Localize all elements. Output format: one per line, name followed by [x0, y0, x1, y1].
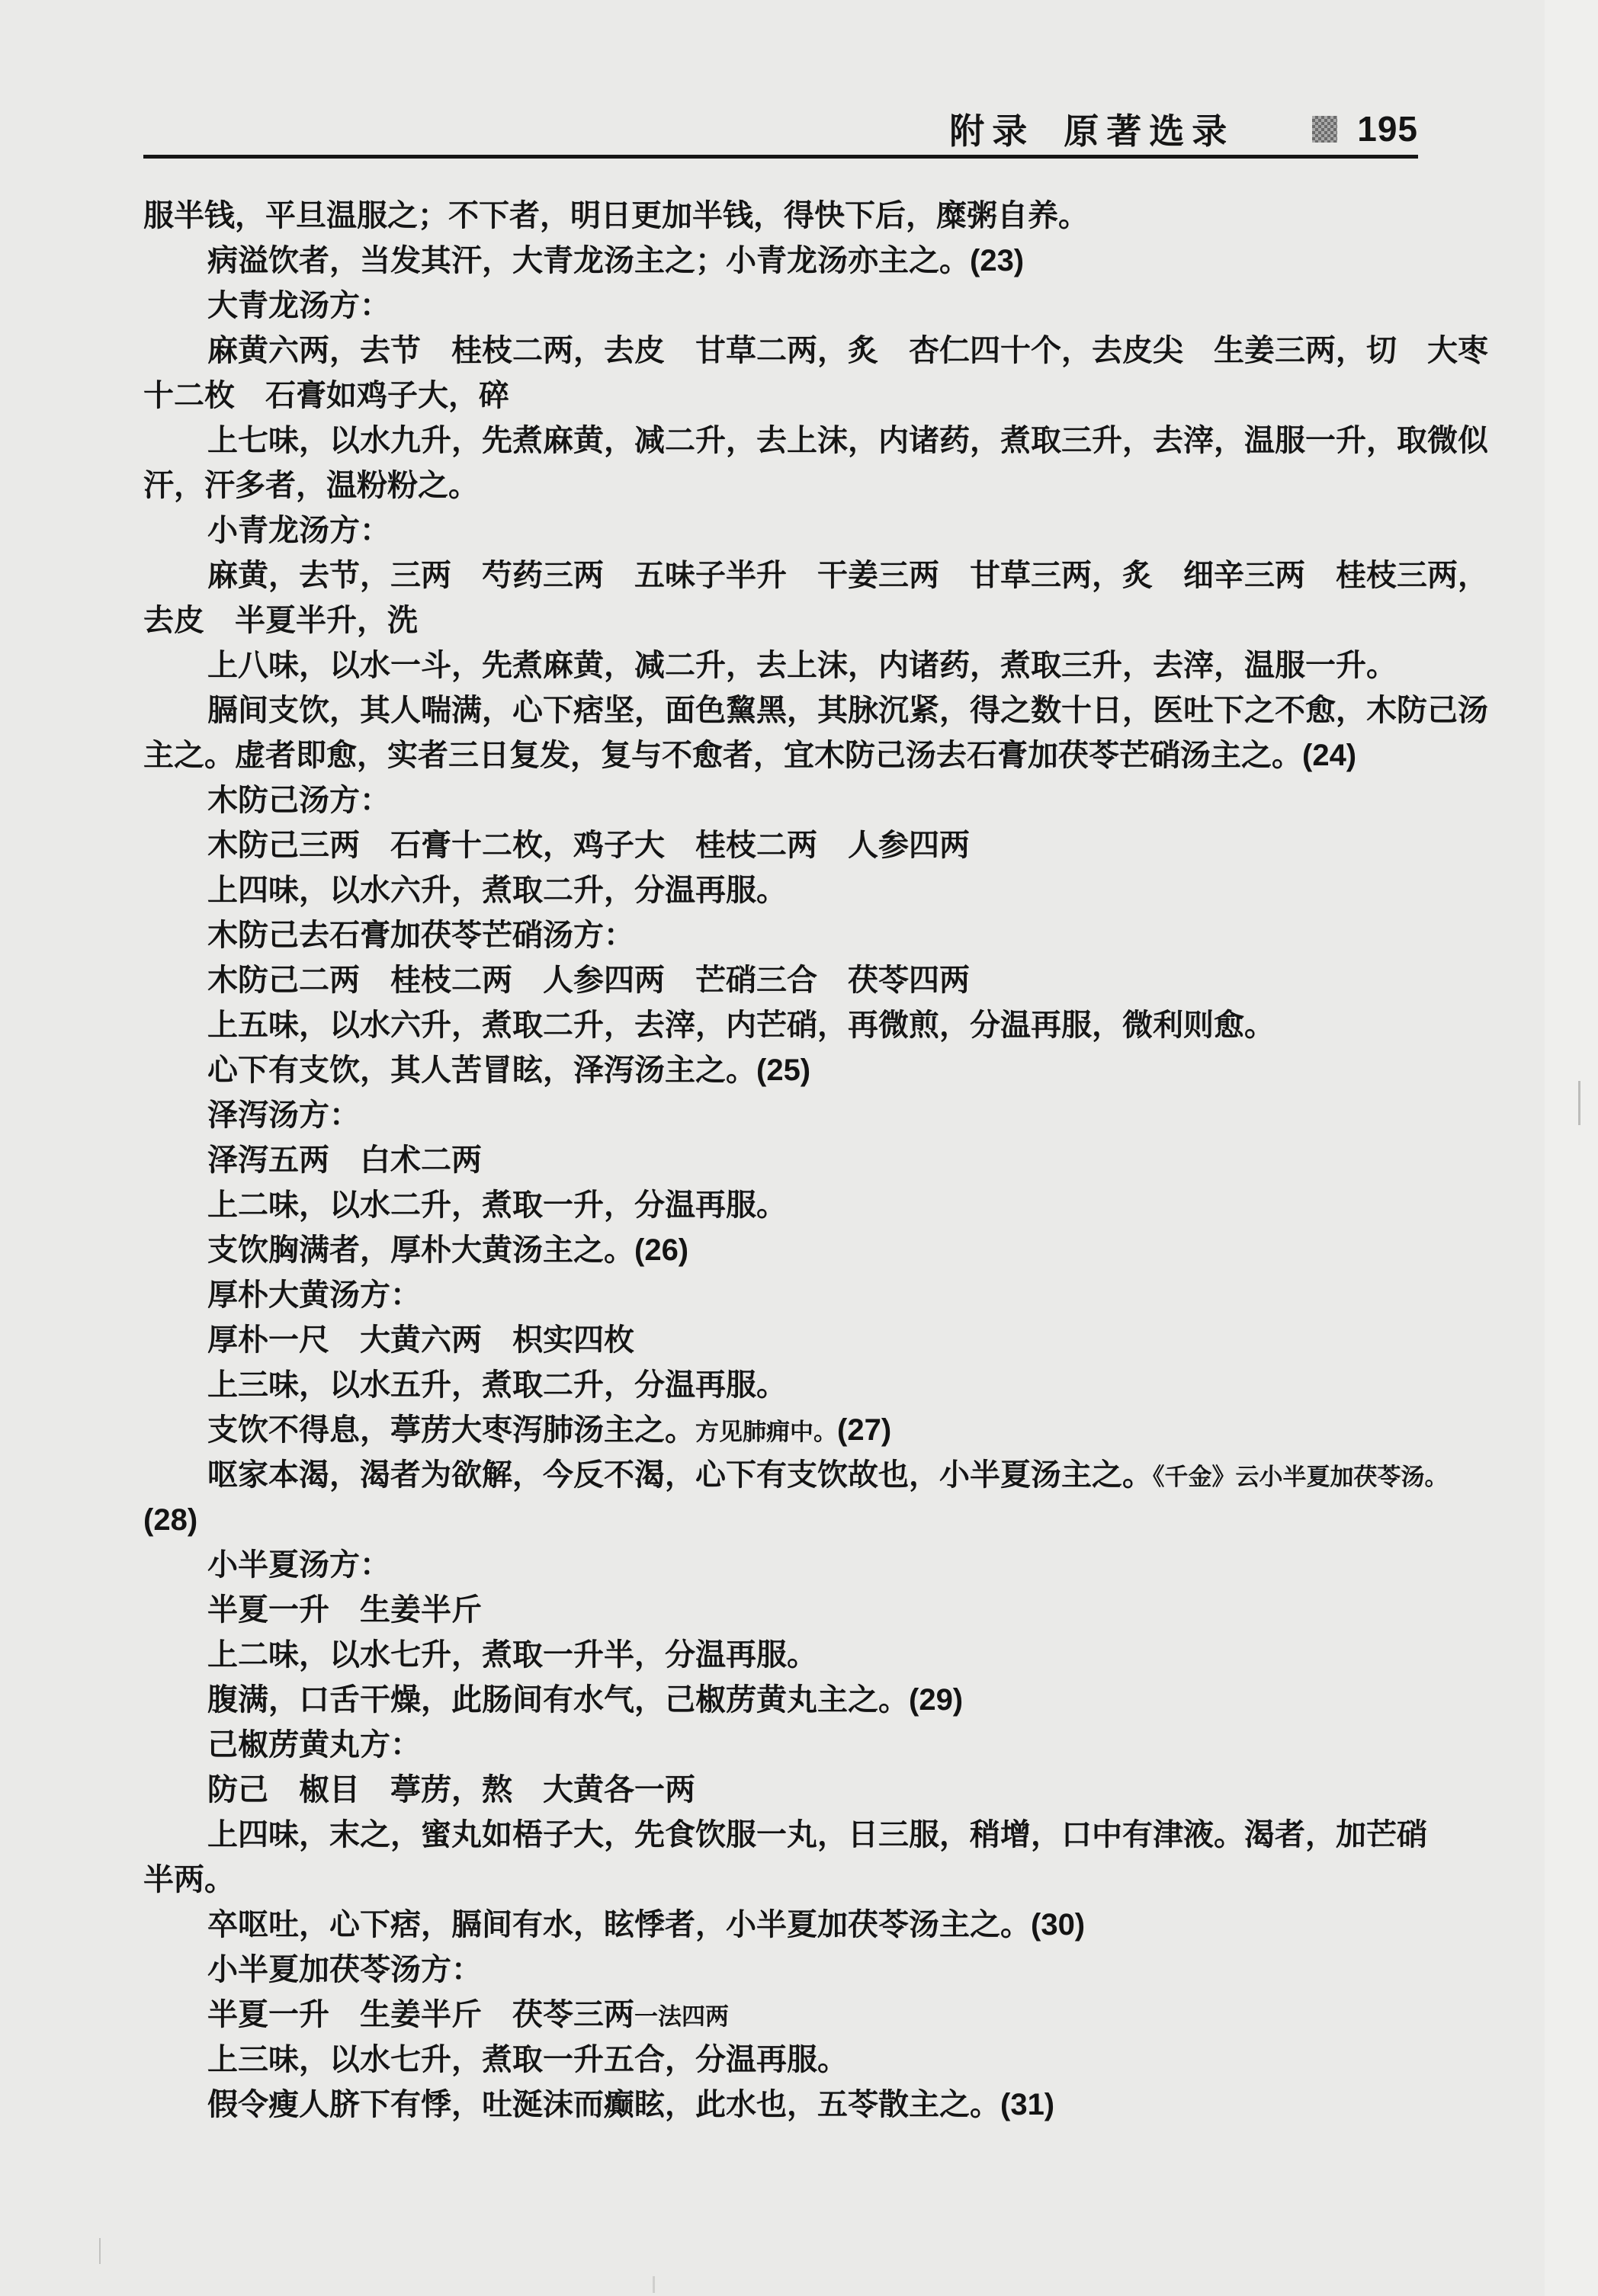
line-text: 大青龙汤方： [207, 289, 390, 322]
line-text: 木防己去石膏加茯苓芒硝汤方： [207, 919, 634, 952]
line-text: 厚朴大黄汤方： [207, 1278, 421, 1312]
line-text: 防己 椒目 葶苈，熬 大黄各一两 [207, 1773, 695, 1807]
text-line: 麻黄六两，去节 桂枝二两，去皮 甘草二两，炙 杏仁四十个，去皮尖 生姜三两，切 … [143, 329, 1452, 374]
text-line: 泽泻五两 白术二两 [143, 1138, 1452, 1183]
text-line: 上七味，以水九升，先煮麻黄，减二升，去上沫，内诸药，煮取三升，去滓，温服一升，取… [143, 418, 1452, 463]
line-text: 主之。虚者即愈，实者三日复发，复与不愈者，宜木防己汤去石膏加茯苓芒硝汤主之。(2… [143, 739, 1356, 772]
line-text: 半两。 [143, 1863, 235, 1897]
line-text: (28) [143, 1503, 197, 1537]
line-annotation-small: 方见肺痈中。 [695, 1419, 837, 1445]
text-line: 半夏一升 生姜半斤 [143, 1588, 1452, 1633]
text-line: 上二味，以水七升，煮取一升半，分温再服。 [143, 1633, 1452, 1678]
text-line: 去皮 半夏半升，洗 [143, 598, 1452, 643]
text-line: (28) [143, 1498, 1452, 1543]
line-text: 泽泻五两 白术二两 [207, 1143, 482, 1177]
text-line: 十二枚 石膏如鸡子大，碎 [143, 374, 1452, 418]
line-text: 泽泻汤方： [207, 1098, 360, 1132]
line-text: 上二味，以水七升，煮取一升半，分温再服。 [207, 1638, 817, 1672]
text-line: 小半夏加茯苓汤方： [143, 1948, 1452, 1993]
line-text: 木防己三两 石膏十二枚，鸡子大 桂枝二两 人参四两 [207, 829, 970, 862]
text-line: 假令瘦人脐下有悸，吐涎沫而癫眩，此水也，五苓散主之。(31) [143, 2083, 1452, 2128]
body-text: 服半钱，平旦温服之；不下者，明日更加半钱，得快下后，糜粥自养。病溢饮者，当发其汗… [143, 194, 1452, 2128]
text-line: 木防己三两 石膏十二枚，鸡子大 桂枝二两 人参四两 [143, 823, 1452, 868]
text-line: 上四味，末之，蜜丸如梧子大，先食饮服一丸，日三服，稍增，口中有津液。渴者，加芒硝 [143, 1813, 1452, 1858]
line-text: 支饮不得息，葶苈大枣泻肺汤主之。 [207, 1413, 695, 1447]
line-text: 木防己二两 桂枝二两 人参四两 芒硝三合 茯苓四两 [207, 964, 970, 997]
text-line: 半夏一升 生姜半斤 茯苓三两一法四两 [143, 1993, 1452, 2038]
text-line: 厚朴一尺 大黄六两 枳实四枚 [143, 1318, 1452, 1363]
line-text: 支饮胸满者，厚朴大黄汤主之。(26) [207, 1233, 688, 1267]
text-line: 上四味，以水六升，煮取二升，分温再服。 [143, 868, 1452, 913]
text-line: 服半钱，平旦温服之；不下者，明日更加半钱，得快下后，糜粥自养。 [143, 194, 1452, 239]
line-text: 厚朴一尺 大黄六两 枳实四枚 [207, 1323, 634, 1357]
line-text: 膈间支饮，其人喘满，心下痞坚，面色黧黑，其脉沉紧，得之数十日，医吐下之不愈，木防… [207, 694, 1488, 727]
text-line: 己椒苈黄丸方： [143, 1723, 1452, 1768]
header-rule [143, 155, 1418, 159]
text-line: 半两。 [143, 1858, 1452, 1903]
line-text-tail: (27) [837, 1413, 891, 1447]
text-line: 木防己二两 桂枝二两 人参四两 芒硝三合 茯苓四两 [143, 958, 1452, 1003]
halftone-square-icon [1312, 116, 1337, 143]
text-line: 木防己汤方： [143, 778, 1452, 823]
line-text: 上四味，以水六升，煮取二升，分温再服。 [207, 874, 787, 907]
text-line: 呕家本渴，渴者为欲解，今反不渴，心下有支饮故也，小半夏汤主之。《千金》云小半夏加… [143, 1453, 1452, 1498]
line-text: 汗，汗多者，温粉粉之。 [143, 469, 479, 502]
text-line: 病溢饮者，当发其汗，大青龙汤主之；小青龙汤亦主之。(23) [143, 239, 1452, 284]
text-line: 木防己去石膏加茯苓芒硝汤方： [143, 913, 1452, 958]
text-line: 防己 椒目 葶苈，熬 大黄各一两 [143, 1768, 1452, 1813]
line-text: 麻黄六两，去节 桂枝二两，去皮 甘草二两，炙 杏仁四十个，去皮尖 生姜三两，切 … [207, 334, 1488, 367]
text-line: 上五味，以水六升，煮取二升，去滓，内芒硝，再微煎，分温再服，微利则愈。 [143, 1003, 1452, 1048]
line-text: 小半夏加茯苓汤方： [207, 1953, 482, 1987]
line-text: 心下有支饮，其人苦冒眩，泽泻汤主之。(25) [207, 1053, 810, 1087]
text-line: 腹满，口舌干燥，此肠间有水气，己椒苈黄丸主之。(29) [143, 1678, 1452, 1723]
line-text: 呕家本渴，渴者为欲解，今反不渴，心下有支饮故也，小半夏汤主之。 [207, 1458, 1153, 1492]
line-text: 小青龙汤方： [207, 514, 390, 547]
line-text: 病溢饮者，当发其汗，大青龙汤主之；小青龙汤亦主之。(23) [207, 244, 1024, 277]
line-annotation-small: 《千金》云小半夏加茯苓汤。 [1153, 1464, 1449, 1490]
line-text: 上三味，以水七升，煮取一升五合，分温再服。 [207, 2043, 848, 2076]
page-number: 195 [1357, 108, 1418, 149]
line-text: 去皮 半夏半升，洗 [143, 604, 418, 637]
scan-artifact-left [99, 2238, 101, 2264]
scanned-book-page: 附录 原著选录 195 服半钱，平旦温服之；不下者，明日更加半钱，得快下后，糜粥… [0, 0, 1598, 2296]
text-line: 上三味，以水七升，煮取一升五合，分温再服。 [143, 2038, 1452, 2083]
text-line: 膈间支饮，其人喘满，心下痞坚，面色黧黑，其脉沉紧，得之数十日，医吐下之不愈，木防… [143, 688, 1452, 733]
text-line: 大青龙汤方： [143, 284, 1452, 329]
line-text: 上五味，以水六升，煮取二升，去滓，内芒硝，再微煎，分温再服，微利则愈。 [207, 1009, 1275, 1042]
line-text: 麻黄，去节，三两 芍药三两 五味子半升 干姜三两 甘草三两，炙 细辛三两 桂枝三… [207, 559, 1488, 592]
text-line: 支饮不得息，葶苈大枣泻肺汤主之。方见肺痈中。(27) [143, 1408, 1452, 1453]
line-text: 假令瘦人脐下有悸，吐涎沫而癫眩，此水也，五苓散主之。(31) [207, 2088, 1054, 2121]
line-text: 半夏一升 生姜半斤 [207, 1593, 482, 1627]
text-line: 麻黄，去节，三两 芍药三两 五味子半升 干姜三两 甘草三两，炙 细辛三两 桂枝三… [143, 553, 1452, 598]
text-line: 上八味，以水一斗，先煮麻黄，减二升，去上沫，内诸药，煮取三升，去滓，温服一升。 [143, 643, 1452, 688]
scan-artifact-bottom [653, 2276, 655, 2293]
line-text: 卒呕吐，心下痞，膈间有水，眩悸者，小半夏加茯苓汤主之。(30) [207, 1908, 1085, 1942]
text-line: 厚朴大黄汤方： [143, 1273, 1452, 1318]
page-header: 附录 原著选录 195 [143, 105, 1418, 152]
line-text: 半夏一升 生姜半斤 茯苓三两 [207, 1998, 634, 2031]
line-text: 木防己汤方： [207, 784, 390, 817]
text-line: 心下有支饮，其人苦冒眩，泽泻汤主之。(25) [143, 1048, 1452, 1093]
line-text: 小半夏汤方： [207, 1548, 390, 1582]
line-text: 服半钱，平旦温服之；不下者，明日更加半钱，得快下后，糜粥自养。 [143, 199, 1089, 232]
line-text: 上四味，末之，蜜丸如梧子大，先食饮服一丸，日三服，稍增，口中有津液。渴者，加芒硝 [207, 1818, 1427, 1852]
text-line: 小半夏汤方： [143, 1543, 1452, 1588]
text-line: 小青龙汤方： [143, 508, 1452, 553]
line-text: 己椒苈黄丸方： [207, 1728, 421, 1762]
text-line: 支饮胸满者，厚朴大黄汤主之。(26) [143, 1228, 1452, 1273]
header-section-title: 附录 [949, 104, 1035, 154]
line-text: 上三味，以水五升，煮取二升，分温再服。 [207, 1368, 787, 1402]
line-text: 上八味，以水一斗，先煮麻黄，减二升，去上沫，内诸药，煮取三升，去滓，温服一升。 [207, 649, 1397, 682]
text-line: 泽泻汤方： [143, 1093, 1452, 1138]
line-text: 上七味，以水九升，先煮麻黄，减二升，去上沫，内诸药，煮取三升，去滓，温服一升，取… [207, 424, 1488, 457]
text-line: 卒呕吐，心下痞，膈间有水，眩悸者，小半夏加茯苓汤主之。(30) [143, 1903, 1452, 1948]
text-line: 上三味，以水五升，煮取二升，分温再服。 [143, 1363, 1452, 1408]
text-line: 主之。虚者即愈，实者三日复发，复与不愈者，宜木防己汤去石膏加茯苓芒硝汤主之。(2… [143, 733, 1452, 778]
scan-artifact-right [1578, 1081, 1580, 1125]
line-text: 十二枚 石膏如鸡子大，碎 [143, 379, 509, 412]
text-line: 汗，汗多者，温粉粉之。 [143, 463, 1452, 508]
line-annotation-small: 一法四两 [634, 2003, 729, 2030]
line-text: 上二味，以水二升，煮取一升，分温再服。 [207, 1188, 787, 1222]
header-subtitle: 原著选录 [1064, 104, 1234, 154]
text-line: 上二味，以水二升，煮取一升，分温再服。 [143, 1183, 1452, 1228]
line-text: 腹满，口舌干燥，此肠间有水气，己椒苈黄丸主之。(29) [207, 1683, 963, 1717]
